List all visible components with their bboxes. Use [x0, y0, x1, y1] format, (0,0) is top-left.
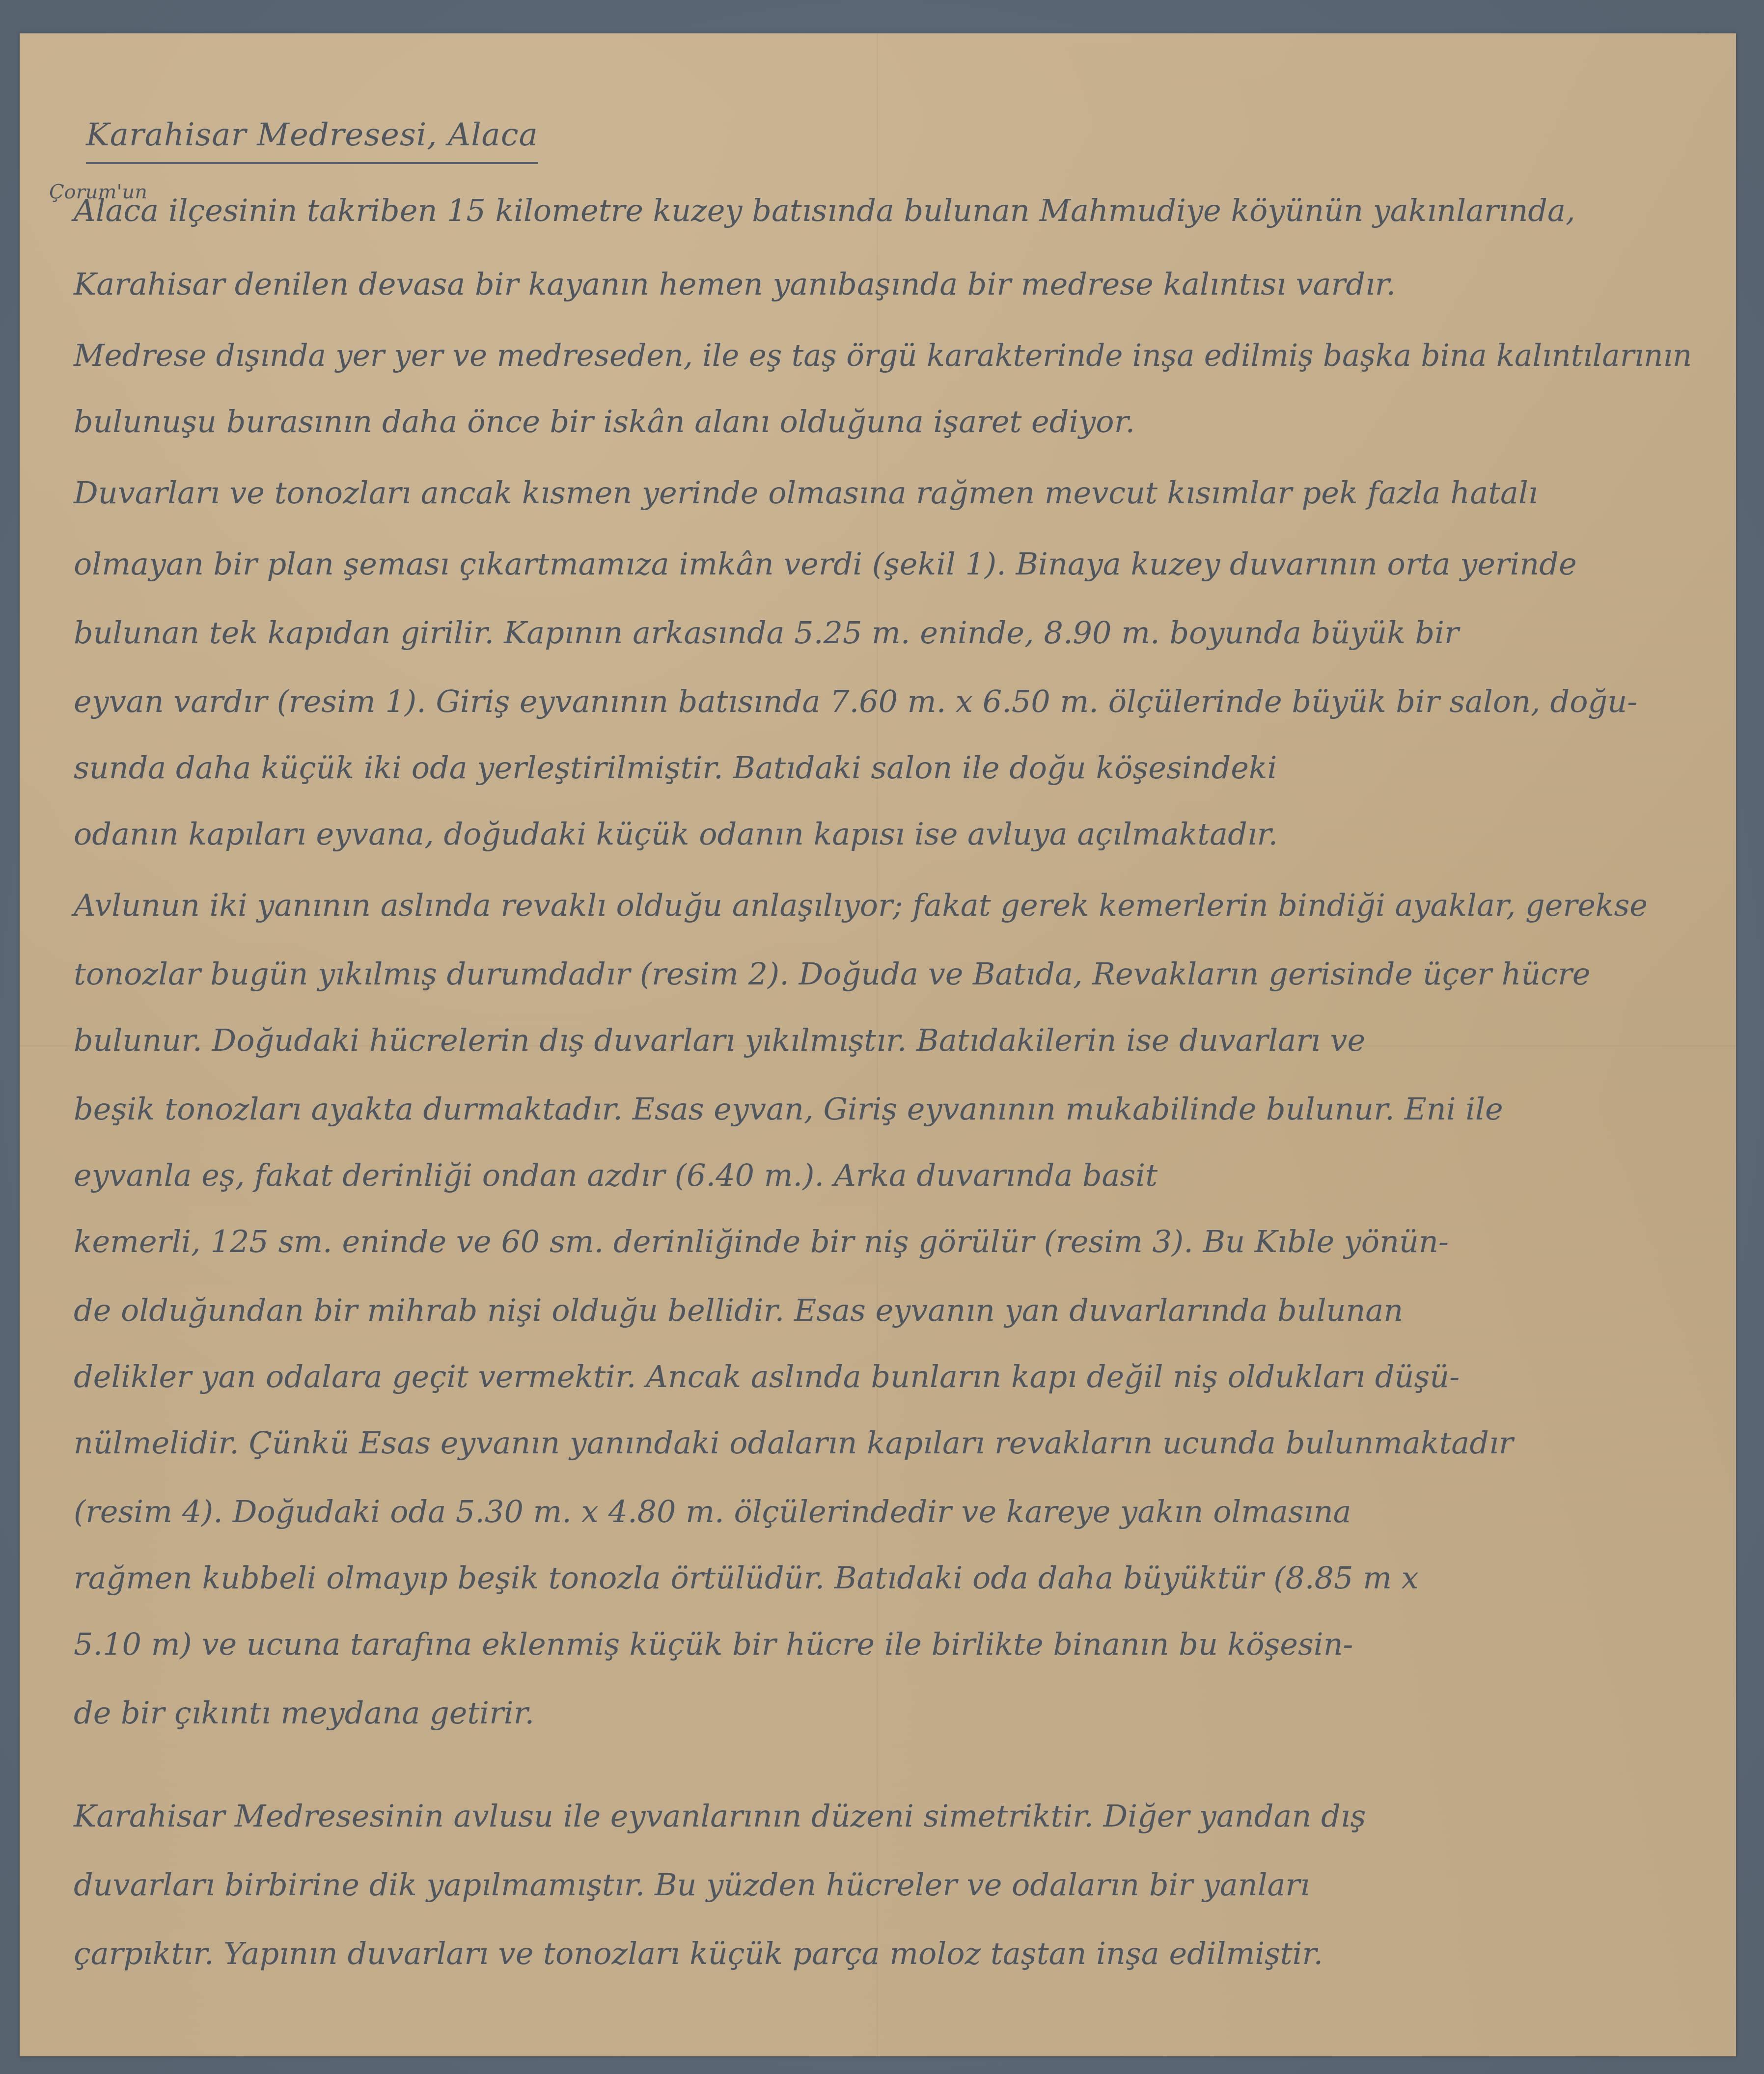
handwritten-page: Karahisar Medresesi, Alaca Çorum'un Alac…: [20, 33, 1736, 2056]
text-line: eyvanla eş, fakat derinliği ondan azdır …: [74, 1160, 1692, 1191]
text-line: çarpıktır. Yapının duvarları ve tonozlar…: [74, 1938, 1692, 1969]
text-line: eyvan vardır (resim 1). Giriş eyvanının …: [74, 686, 1692, 717]
text-line: Karahisar denilen devasa bir kayanın hem…: [74, 269, 1692, 300]
text-line: (resim 4). Doğudaki oda 5.30 m. x 4.80 m…: [74, 1497, 1692, 1527]
text-line: rağmen kubbeli olmayıp beşik tonozla ört…: [74, 1563, 1692, 1593]
text-line: Avlunun iki yanının aslında revaklı oldu…: [74, 890, 1692, 921]
text-line: kemerli, 125 sm. eninde ve 60 sm. derinl…: [74, 1227, 1692, 1257]
text-line: Medrese dışında yer yer ve medreseden, i…: [74, 340, 1666, 371]
text-line: 5.10 m) ve ucuna tarafına eklenmiş küçük…: [74, 1629, 1692, 1660]
text-line: tonozlar bugün yıkılmış durumdadır (resi…: [74, 959, 1692, 989]
page-title: Karahisar Medresesi, Alaca: [86, 117, 538, 164]
text-line: olmayan bir plan şeması çıkartmamıza imk…: [74, 549, 1692, 579]
text-line: delikler yan odalara geçit vermektir. An…: [74, 1362, 1692, 1392]
text-line: duvarları birbirine dik yapılmamıştır. B…: [74, 1870, 1692, 1900]
text-line: sunda daha küçük iki oda yerleştirilmişt…: [74, 753, 1692, 783]
text-line: bulunuşu burasının daha önce bir iskân a…: [74, 407, 1692, 437]
text-line: odanın kapıları eyvana, doğudaki küçük o…: [74, 819, 1692, 849]
text-line: de bir çıkıntı meydana getirir.: [74, 1698, 1692, 1728]
text-line: Alaca ilçesinin takriben 15 kilometre ku…: [74, 195, 1692, 226]
text-line: bulunur. Doğudaki hücrelerin dış duvarla…: [74, 1025, 1692, 1056]
text-line: nülmelidir. Çünkü Esas eyvanın yanındaki…: [74, 1428, 1692, 1458]
text-line: Duvarları ve tonozları ancak kısmen yeri…: [74, 478, 1692, 508]
text-line: Karahisar Medresesinin avlusu ile eyvanl…: [74, 1801, 1692, 1831]
text-line: de olduğundan bir mihrab nişi olduğu bel…: [74, 1295, 1692, 1326]
text-line: bulunan tek kapıdan girilir. Kapının ark…: [74, 618, 1692, 648]
text-line: beşik tonozları ayakta durmaktadır. Esas…: [74, 1094, 1692, 1124]
